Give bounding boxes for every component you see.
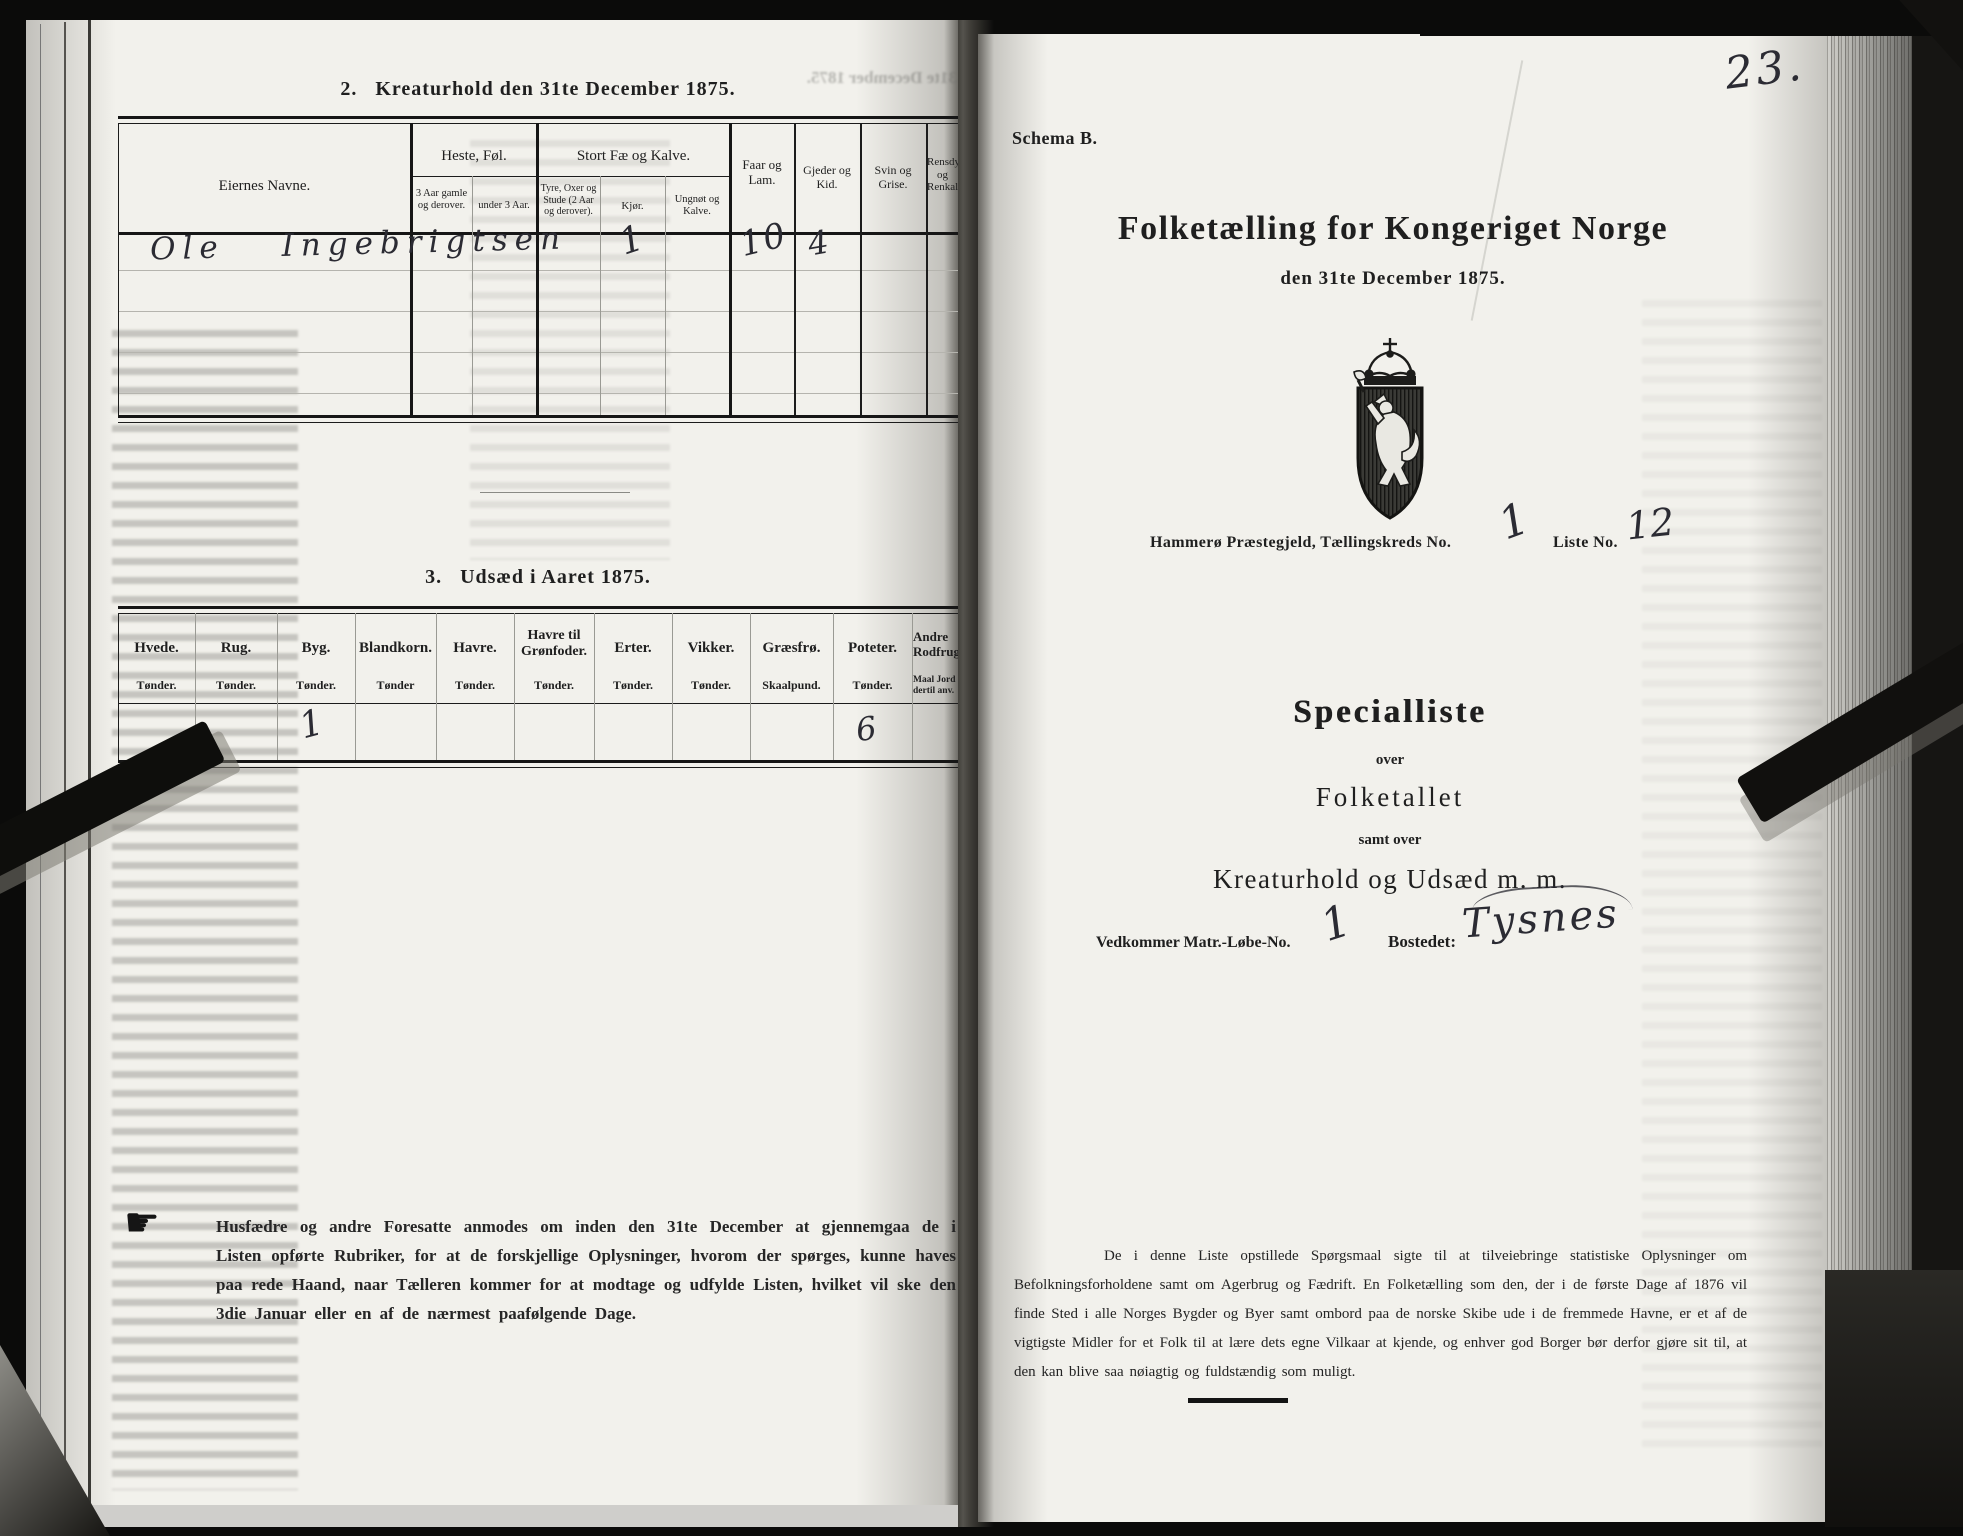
table2-rule: [411, 176, 730, 177]
over-label: over: [978, 752, 1802, 769]
top-right-black-band: [1420, 0, 1963, 36]
table3-col-name: Græsfrø.: [750, 640, 833, 657]
table3-col-name: Byg.: [277, 640, 355, 657]
table2-col-faar: Faar og Lam.: [731, 158, 793, 188]
table2-gridline: [118, 123, 119, 415]
coat-of-arms: [1328, 332, 1452, 532]
table2-gridline: [410, 123, 413, 415]
table3-col-unit: Tønder.: [514, 679, 594, 693]
table3-col-unit: Tønder: [355, 679, 436, 693]
specialliste-heading: Specialliste: [978, 694, 1802, 731]
table3-col-unit: Tønder.: [277, 679, 355, 693]
table3-rule: [118, 613, 958, 614]
end-rule: [1188, 1398, 1288, 1403]
table2-col-tyre: Tyre, Oxer og Stude (2 Aar og derover).: [538, 183, 599, 218]
schema-label: Schema B.: [1012, 128, 1098, 149]
table3-col-name: Blandkorn.: [355, 640, 436, 657]
book-scan: 31te December 1875. 2. Kreaturhold den 3…: [0, 0, 1963, 1536]
table3-col-name: Havre.: [436, 640, 514, 657]
table2-col-3aar: 3 Aar gamle og derover.: [412, 188, 471, 212]
left-page-edge-lines: [64, 22, 66, 1502]
bottom-right-dark: [1825, 1270, 1963, 1536]
bottom-edge-strip: [26, 1505, 958, 1527]
table2-owner-header: Eiernes Navne.: [118, 178, 411, 195]
table2-col-rens: Rensdyr og Renkalve.: [927, 156, 958, 216]
table2-col-gjeder: Gjeder og Kid.: [795, 164, 859, 192]
table3-rule: [118, 767, 958, 768]
table3-rule: [118, 606, 958, 609]
table3-col-name: Andre Rodfrugter.: [913, 630, 958, 672]
table3-col-unit: Tønder.: [594, 679, 672, 693]
handwritten-page-number: 23.: [1722, 39, 1807, 99]
samt-over-label: samt over: [978, 832, 1802, 849]
table3-col-unit: Tønder.: [672, 679, 750, 693]
fore-edge-pages: [1825, 34, 1916, 1294]
kreaturhold-heading: Kreaturhold og Udsæd m. m.: [978, 864, 1802, 895]
table2-group-heste: Heste, Føl.: [411, 148, 537, 165]
instruction-paragraph: De i denne Liste opstillede Spørgsmaal s…: [1014, 1242, 1747, 1387]
liste-label: Liste No.: [1553, 534, 1618, 552]
table3-col-unit: Skaalpund.: [750, 679, 833, 693]
bostedet-label: Bostedet:: [1388, 932, 1456, 952]
bottom-black-band: [0, 1527, 1963, 1536]
census-subtitle: den 31te December 1875.: [978, 268, 1808, 290]
table2-gridline: [536, 123, 539, 415]
folketallet-heading: Folketallet: [978, 782, 1802, 813]
table3-col-unit: Maal Jord dertil anv.: [913, 675, 958, 703]
table3-col-unit: Tønder.: [195, 679, 277, 693]
table3-rule: [118, 703, 958, 704]
table3-col-unit: Tønder.: [833, 679, 912, 693]
table3-col-unit: Tønder.: [436, 679, 514, 693]
table3-col-name: Havre til Grønfoder.: [514, 628, 594, 660]
census-title: Folketælling for Kongeriget Norge: [978, 210, 1808, 248]
left-page-edge-lines: [40, 24, 41, 1502]
table2-title: 2. Kreaturhold den 31te December 1875.: [118, 78, 958, 101]
table3-col-name: Hvede.: [118, 640, 195, 657]
district-prefix: Hammerø Præstegjeld, Tællingskreds No.: [1150, 534, 1451, 552]
table3-title: 3. Udsæd i Aaret 1875.: [118, 566, 958, 589]
left-footer-text: Husfædre og andre Foresatte anmodes om i…: [216, 1212, 956, 1328]
table2-col-ungnot: Ungnøt og Kalve.: [666, 194, 728, 218]
section-divider-line: [480, 492, 630, 493]
handwritten-liste-number: 12: [1624, 500, 1677, 549]
vedkommer-label: Vedkommer Matr.-Løbe-No.: [1096, 934, 1291, 952]
coat-of-arms-graphic: [1328, 332, 1452, 532]
table2-col-kjor: Kjør.: [601, 200, 664, 213]
table2-group-stort: Stort Fæ og Kalve.: [537, 148, 730, 165]
table2-rule: [118, 415, 958, 418]
table3-col-name: Poteter.: [833, 640, 912, 657]
manicule-icon: ☛: [124, 1200, 160, 1246]
table3-col-unit: Tønder.: [118, 679, 195, 693]
table3-col-name: Rug.: [195, 640, 277, 657]
left-page-edge-lines: [88, 20, 91, 1503]
table2-rule: [118, 116, 958, 119]
table2-col-under3: under 3 Aar.: [473, 200, 535, 212]
table2-col-svin: Svin og Grise.: [861, 164, 925, 192]
table3-col-name: Vikker.: [672, 640, 750, 657]
table3-col-name: Erter.: [594, 640, 672, 657]
table3-rule: [118, 760, 958, 763]
table2-rule: [118, 422, 958, 423]
left-black-margin: [0, 0, 26, 1536]
